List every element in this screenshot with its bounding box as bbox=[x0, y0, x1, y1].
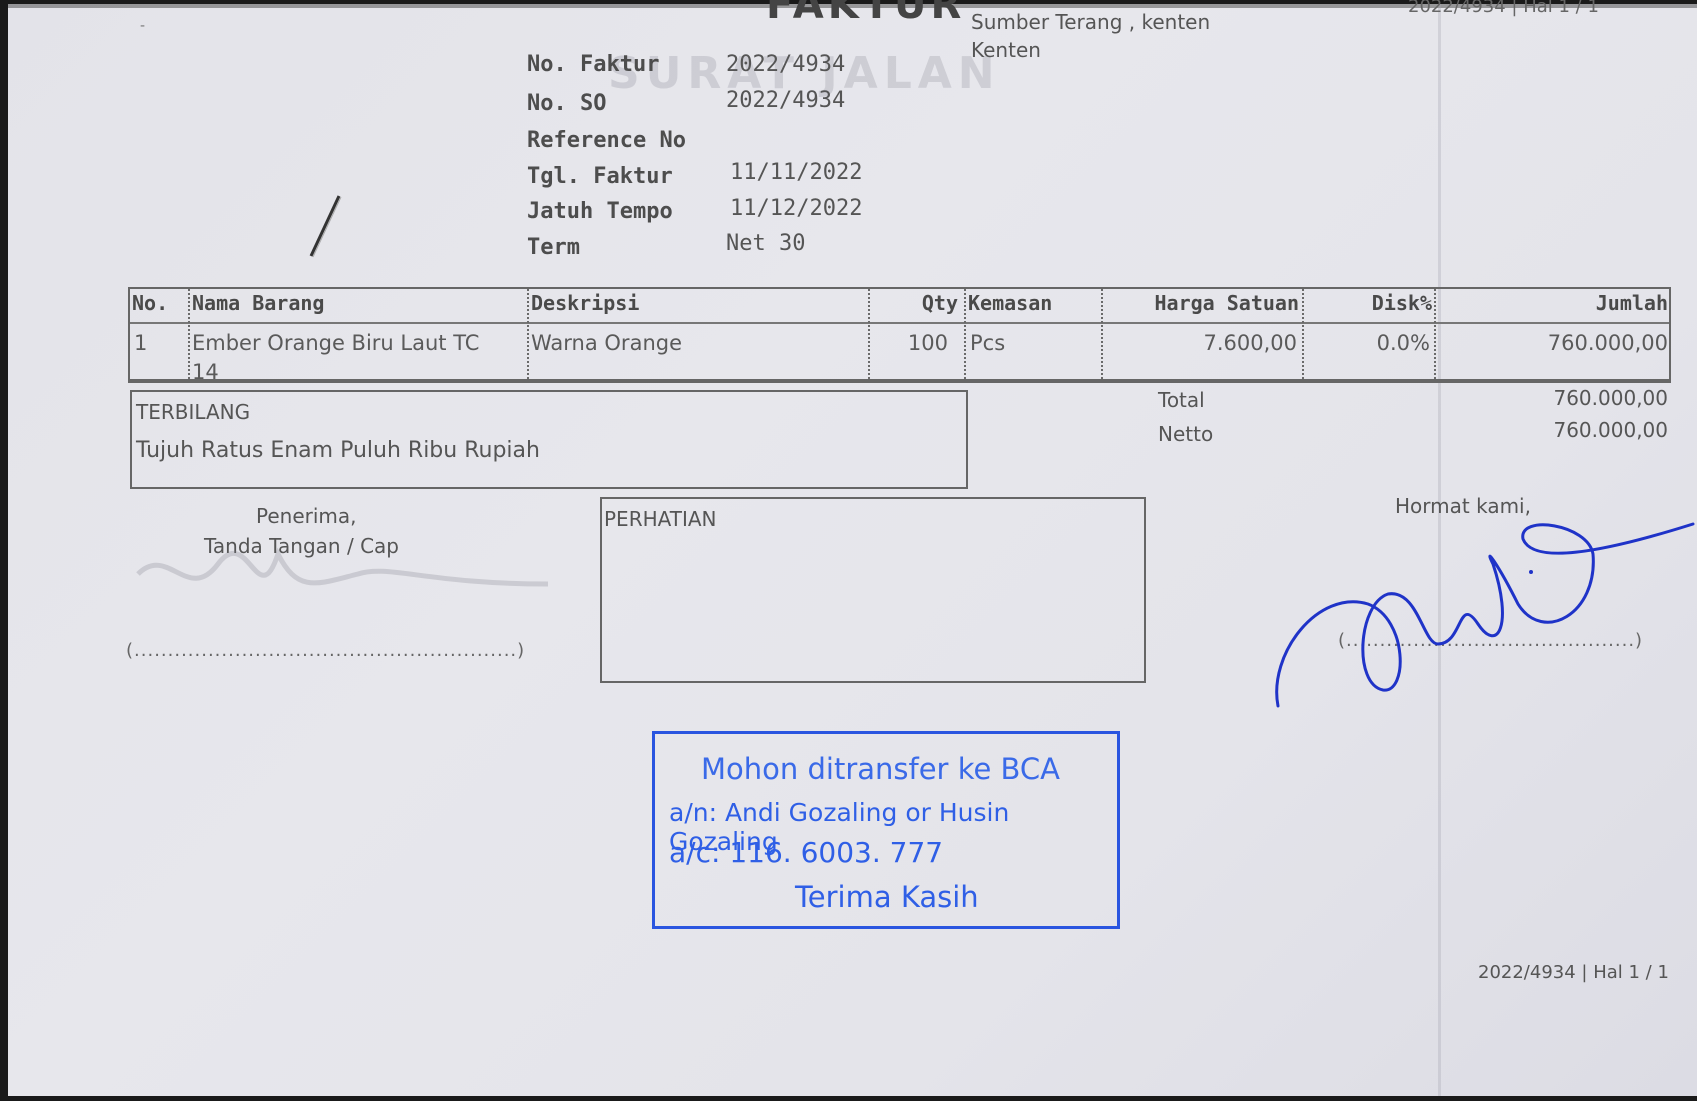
cell-nama-barang-line1: Ember Orange Biru Laut TC bbox=[192, 329, 479, 358]
header-no: No. bbox=[132, 291, 168, 315]
total-label: Total bbox=[1158, 388, 1205, 412]
cell-nama-barang-line2: 14 bbox=[192, 358, 479, 387]
stamp-line-bank: Mohon ditransfer ke BCA bbox=[701, 752, 1060, 786]
perhatian-label: PERHATIAN bbox=[604, 507, 717, 531]
jatuh-tempo-label: Jatuh Tempo bbox=[527, 199, 673, 224]
receiver-signature-ghost bbox=[128, 534, 568, 634]
cell-kemasan: Pcs bbox=[970, 329, 1005, 358]
document-title: FAKTUR bbox=[766, 0, 965, 28]
page-reference: 2022/4934 | Hal 1 / 1 bbox=[1478, 962, 1669, 983]
terbilang-text: Tujuh Ratus Enam Puluh Ribu Rupiah bbox=[136, 438, 540, 463]
jatuh-tempo-value: 11/12/2022 bbox=[730, 196, 862, 221]
netto-value: 760.000,00 bbox=[1508, 418, 1668, 442]
term-value: Net 30 bbox=[726, 231, 805, 256]
col-divider bbox=[964, 289, 966, 379]
header-jumlah: Jumlah bbox=[1434, 291, 1668, 315]
header-qty: Qty bbox=[868, 291, 958, 315]
header-harga-satuan: Harga Satuan bbox=[1101, 291, 1299, 315]
header-disk: Disk% bbox=[1302, 291, 1432, 315]
terbilang-label: TERBILANG bbox=[136, 400, 250, 424]
cell-disk: 0.0% bbox=[1302, 329, 1430, 358]
header-divider bbox=[130, 322, 1669, 324]
terbilang-box: TERBILANG Tujuh Ratus Enam Puluh Ribu Ru… bbox=[130, 390, 968, 489]
no-faktur-value: 2022/4934 bbox=[726, 52, 845, 77]
top-page-ref-cut: 2022/4934 | Hal 1 / 1 bbox=[1408, 0, 1599, 17]
customer-name: Sumber Terang , kenten bbox=[971, 10, 1210, 34]
cell-harga-satuan: 7.600,00 bbox=[1101, 329, 1297, 358]
items-table: No. Nama Barang Deskripsi Qty Kemasan Ha… bbox=[128, 287, 1671, 383]
cell-deskripsi: Warna Orange bbox=[531, 329, 682, 358]
tgl-faktur-label: Tgl. Faktur bbox=[527, 164, 673, 189]
netto-label: Netto bbox=[1158, 422, 1213, 446]
col-divider bbox=[188, 289, 190, 379]
staple-mark-icon bbox=[303, 192, 353, 262]
customer-address: Kenten bbox=[971, 38, 1041, 62]
punch-mark: - bbox=[140, 18, 145, 34]
term-label: Term bbox=[527, 235, 580, 260]
cell-no: 1 bbox=[134, 329, 147, 358]
cell-qty: 100 bbox=[868, 329, 948, 358]
col-divider bbox=[527, 289, 529, 379]
no-faktur-label: No. Faktur bbox=[527, 52, 659, 77]
no-so-label: No. SO bbox=[527, 91, 606, 116]
tgl-faktur-value: 11/11/2022 bbox=[730, 160, 862, 185]
stamp-line-account-number: a/c: 116. 6003. 777 bbox=[669, 836, 943, 869]
header-deskripsi: Deskripsi bbox=[531, 291, 639, 315]
reference-no-label: Reference No bbox=[527, 128, 686, 153]
sender-signature-icon bbox=[1258, 494, 1697, 724]
header-kemasan: Kemasan bbox=[968, 291, 1052, 315]
cell-jumlah: 760.000,00 bbox=[1434, 329, 1668, 358]
total-value: 760.000,00 bbox=[1508, 386, 1668, 410]
receiver-sign-line: (.......................................… bbox=[126, 640, 525, 661]
stamp-line-thanks: Terima Kasih bbox=[795, 880, 979, 914]
no-so-value: 2022/4934 bbox=[726, 88, 845, 113]
penerima-label: Penerima, bbox=[256, 504, 357, 528]
perhatian-box: PERHATIAN bbox=[600, 497, 1146, 683]
header-nama-barang: Nama Barang bbox=[192, 291, 324, 315]
bank-transfer-stamp: Mohon ditransfer ke BCA a/n: Andi Gozali… bbox=[652, 731, 1120, 929]
cell-nama-barang: Ember Orange Biru Laut TC 14 bbox=[192, 329, 479, 387]
invoice-paper: - FAKTUR SURAT JALAN 2022/4934 | Hal 1 /… bbox=[8, 4, 1697, 1096]
